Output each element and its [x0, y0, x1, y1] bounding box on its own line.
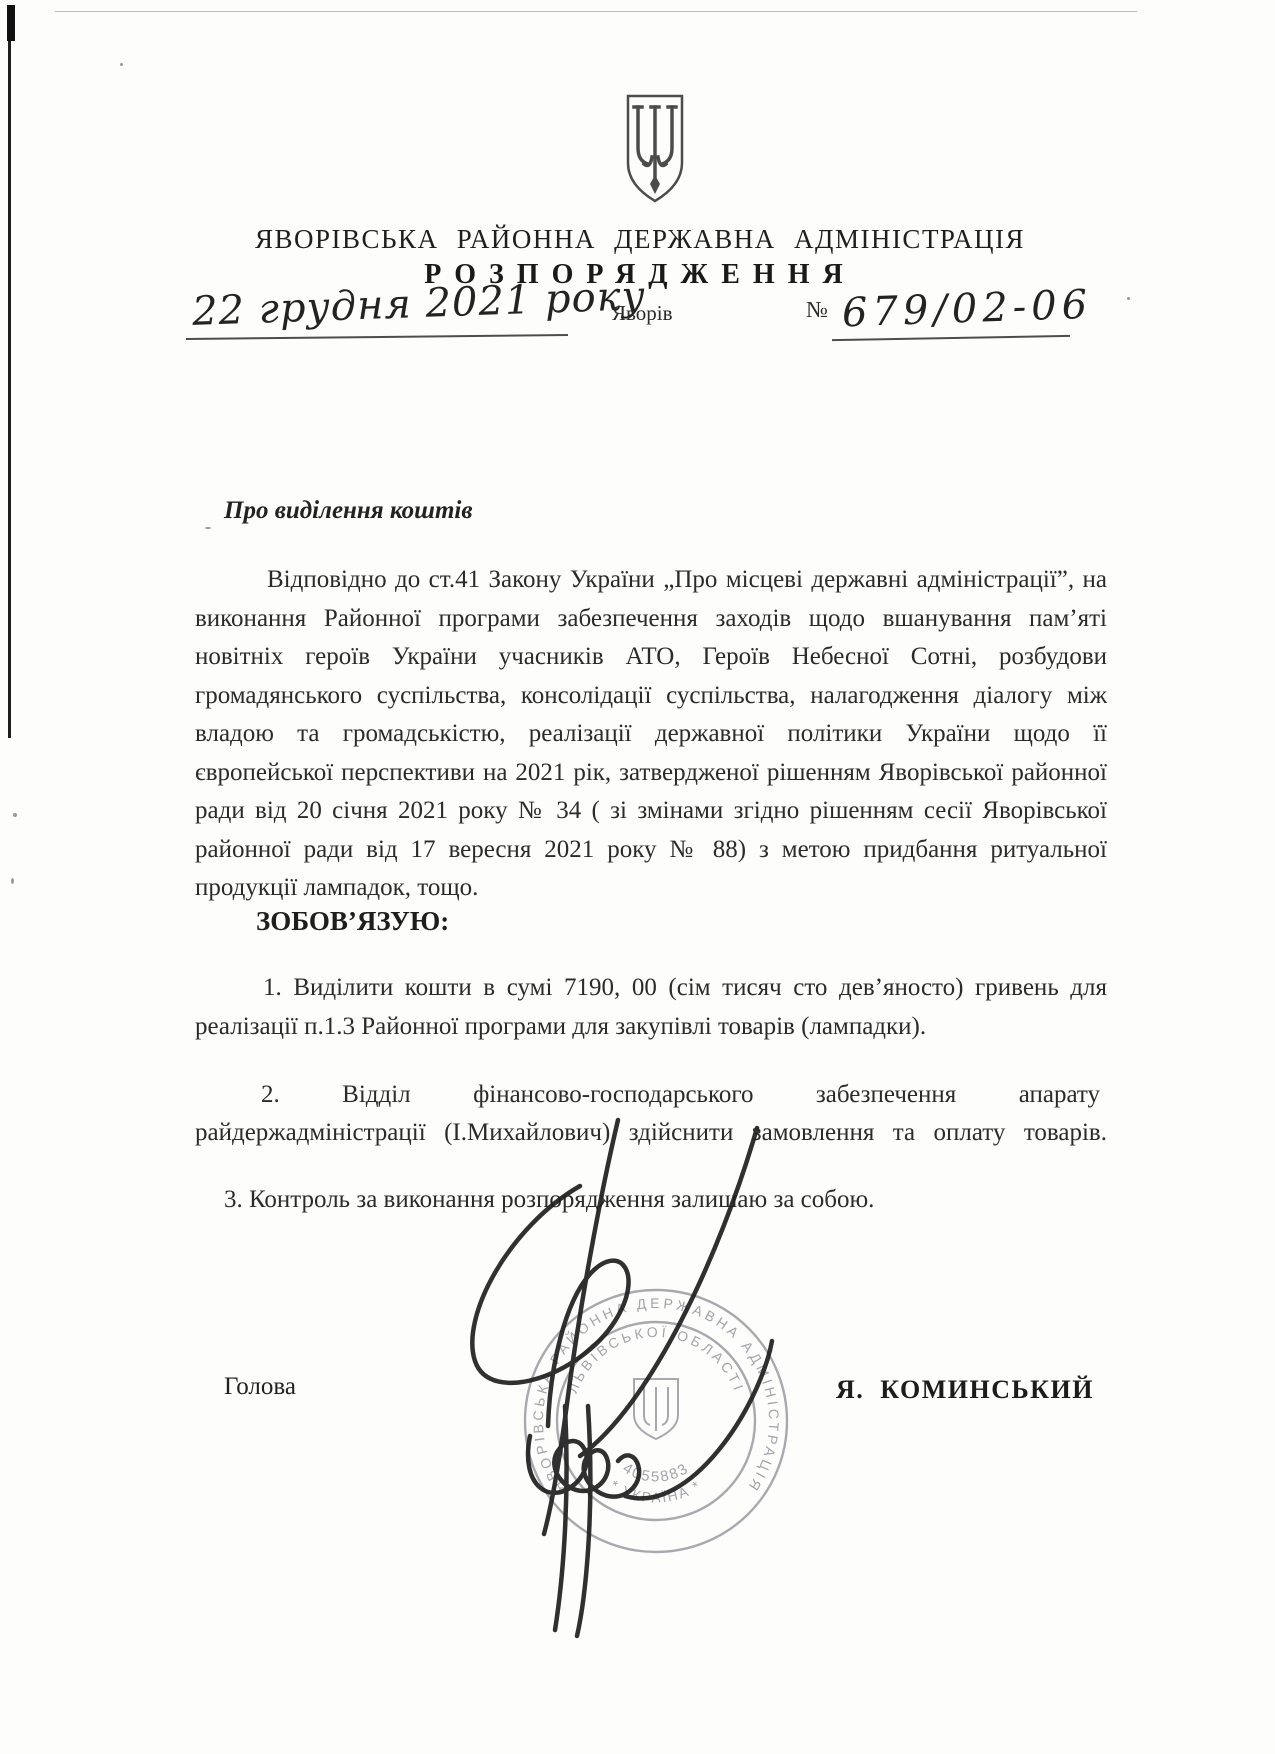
- organization-name: ЯВОРІВСЬКА РАЙОННА ДЕРЖАВНА АДМІНІСТРАЦІ…: [60, 224, 1220, 254]
- scan-corner-mark: [7, 5, 15, 41]
- subject-line: Про виділення коштів: [224, 497, 473, 525]
- scan-top-line: [55, 11, 1137, 12]
- scan-edge-line: [8, 6, 11, 738]
- obligate-heading: ЗОБОВ’ЯЗУЮ:: [256, 906, 449, 937]
- date-underline: [186, 334, 568, 340]
- scan-speck: [13, 813, 17, 817]
- coat-of-arms-icon: [622, 93, 688, 207]
- scan-speck: [120, 63, 123, 66]
- scan-speck: [205, 527, 211, 529]
- city-label: Яворів: [612, 301, 673, 326]
- scan-speck: [11, 878, 14, 884]
- body-paragraph: Відповідно до ст.41 Закону України „Про …: [195, 561, 1107, 908]
- scan-speck: [1127, 297, 1130, 300]
- tryzub-tip: [650, 175, 660, 194]
- signer-position: Голова: [224, 1373, 296, 1401]
- signer-name: Я. КОМИНСЬКИЙ: [836, 1375, 1094, 1405]
- signature-scribble: [430, 1106, 782, 1646]
- number-underline: [832, 335, 1070, 341]
- order-item-1: 1. Виділити кошти в сумі 7190, 00 (сім т…: [195, 969, 1107, 1046]
- number-sign: №: [806, 297, 828, 323]
- scanned-document-page: ЯВОРІВСЬКА РАЙОННА ДЕРЖАВНА АДМІНІСТРАЦІ…: [0, 0, 1275, 1754]
- handwritten-number: 679/02-06: [841, 282, 1093, 337]
